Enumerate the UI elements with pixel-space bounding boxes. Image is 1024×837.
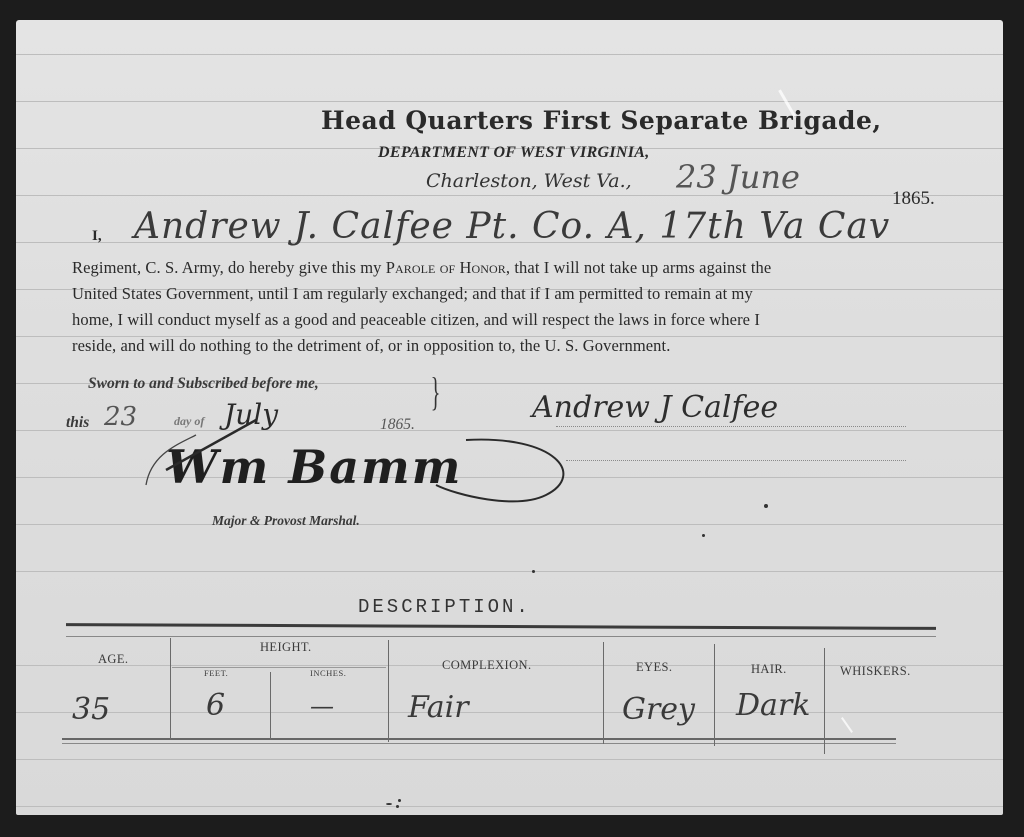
ruled-line: [16, 101, 1003, 102]
value-eyes: Grey: [622, 692, 695, 727]
column-divider: [388, 640, 389, 742]
oath-line-3: home, I will conduct myself as a good an…: [72, 310, 760, 330]
value-hair: Dark: [736, 688, 810, 723]
ink-speck: [398, 799, 401, 802]
ink-speck: [386, 803, 392, 805]
ink-speck: [702, 534, 705, 537]
oath-text: Regiment, C. S. Army, do hereby give thi…: [72, 258, 381, 277]
dotted-line: [566, 460, 906, 461]
signature-dotted-line: [556, 426, 906, 427]
date-handwritten: 23 June: [676, 158, 800, 196]
value-age: 35: [72, 692, 110, 727]
table-bottom-rule-thin: [62, 743, 896, 744]
brace: }: [431, 368, 441, 415]
parole-document: Head Quarters First Separate Brigade, DE…: [16, 20, 1003, 815]
column-divider: [824, 648, 825, 754]
column-header-complexion: COMPLEXION.: [442, 658, 531, 673]
column-divider: [603, 642, 604, 744]
parolee-name-handwritten: Andrew J. Calfee Pt. Co. A, 17th Va Cav: [134, 206, 890, 247]
ink-speck: [764, 504, 768, 508]
ruled-line: [16, 54, 1003, 55]
description-title: DESCRIPTION.: [358, 596, 531, 618]
value-inches: —: [310, 692, 334, 720]
ink-speck: [396, 805, 399, 808]
ruled-line: [16, 806, 1003, 807]
table-top-rule-thin: [66, 636, 936, 637]
ink-speck: [532, 570, 535, 573]
ruled-line: [16, 571, 1003, 572]
oath-prefix: I,: [92, 228, 102, 245]
column-header-eyes: EYES.: [636, 660, 672, 675]
value-feet: 6: [206, 688, 225, 723]
department-heading: DEPARTMENT OF WEST VIRGINIA,: [378, 144, 650, 162]
oath-line-4: reside, and will do nothing to the detri…: [72, 336, 670, 356]
signature-flourish-icon: [136, 415, 576, 515]
headquarters-heading: Head Quarters First Separate Brigade,: [321, 106, 882, 135]
oath-line-2: United States Government, until I am reg…: [72, 284, 753, 304]
parolee-signature: Andrew J Calfee: [532, 390, 778, 425]
table-bottom-rule: [62, 738, 896, 740]
column-header-feet: FEET.: [204, 668, 228, 678]
column-divider: [714, 644, 715, 746]
ruled-line: [16, 524, 1003, 525]
table-top-rule: [66, 623, 936, 630]
year-text: 1865.: [892, 188, 935, 210]
oath-text: that I will not take up arms against the: [514, 258, 771, 277]
oath-line-1: Regiment, C. S. Army, do hereby give thi…: [72, 258, 771, 278]
column-header-height: HEIGHT.: [260, 640, 312, 655]
value-complexion: Fair: [408, 690, 469, 725]
ruled-line: [16, 195, 1003, 196]
parole-of-honor-phrase: Parole of Honor,: [386, 258, 510, 277]
officer-title: Major & Provost Marshal.: [212, 513, 360, 529]
this-label: this: [66, 414, 89, 432]
column-divider: [270, 672, 271, 740]
ruled-line: [16, 759, 1003, 760]
scan-scratch: [841, 717, 853, 733]
column-header-age: AGE.: [98, 652, 128, 667]
column-header-whiskers: WHISKERS.: [840, 664, 911, 679]
ruled-line: [16, 712, 1003, 713]
attest-day-handwritten: 23: [104, 402, 137, 432]
column-divider: [170, 638, 171, 740]
sworn-text: Sworn to and Subscribed before me,: [88, 375, 319, 393]
place-text: Charleston, West Va.,: [426, 170, 632, 192]
column-header-inches: INCHES.: [310, 668, 346, 678]
scan-frame: Head Quarters First Separate Brigade, DE…: [0, 0, 1024, 837]
column-header-hair: HAIR.: [751, 662, 787, 677]
